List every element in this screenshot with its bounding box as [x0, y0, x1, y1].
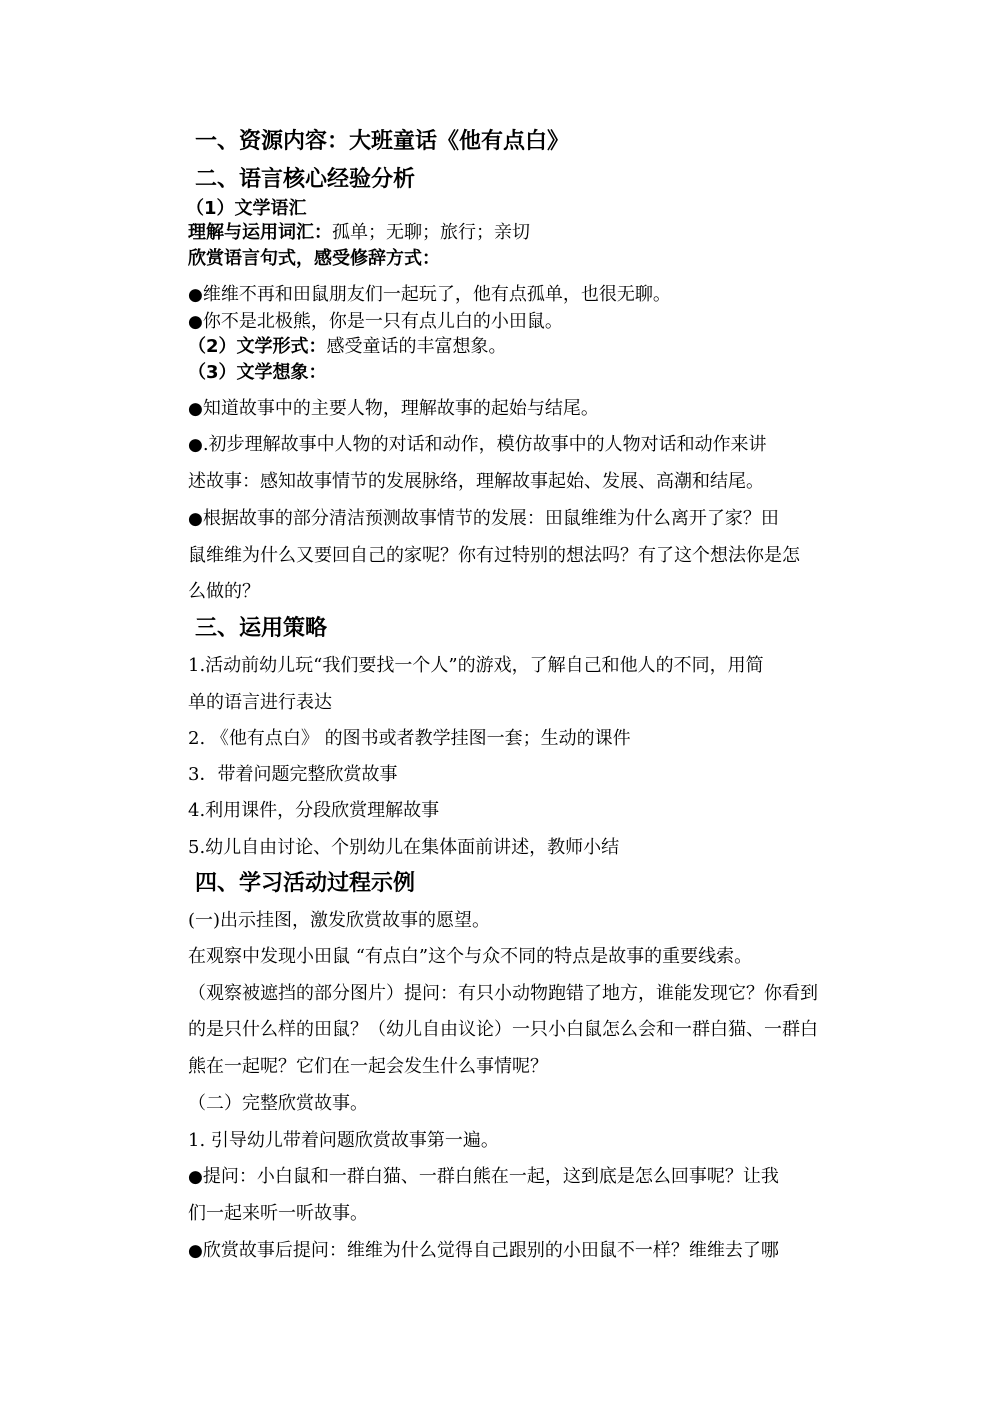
bullet-icon: ●	[188, 1167, 203, 1187]
bullet-icon: ●	[188, 435, 203, 455]
strategy-item: 4.利用课件，分段欣赏理解故事	[188, 802, 439, 820]
imagination-bullet: ●.初步理解故事中人物的对话和动作，模仿故事中的人物对话和动作来讲	[188, 436, 767, 454]
activity-part1-label: (一)出示挂图，激发欣赏故事的愿望。	[188, 912, 490, 930]
strategy-item: 1.活动前幼儿玩“我们要找一个人”的游戏，了解自己和他人的不同，用简	[188, 657, 764, 675]
strategy-item: 5.幼儿自由讨论、个别幼儿在集体面前讲述，教师小结	[188, 839, 619, 857]
subsection-literary-form: （2）文学形式：感受童话的丰富想象。	[188, 338, 507, 356]
activity-bullet: ●欣赏故事后提问：维维为什么觉得自己跟别的小田鼠不一样？维维去了哪	[188, 1242, 779, 1260]
activity-bullet: ●提问：小白鼠和一群白猫、一群白熊在一起，这到底是怎么回事呢？让我	[188, 1168, 779, 1186]
bullet-icon: ●	[188, 509, 203, 529]
vocab-line: 理解与运用词汇：孤单；无聊；旅行；亲切	[188, 224, 530, 242]
section1-heading: 一、资源内容：大班童话《他有点白》	[195, 131, 569, 153]
bullet-icon: ●	[188, 1241, 203, 1261]
subsection-literary-imagination: （3）文学想象：	[188, 364, 327, 382]
vocab-bullet: ●你不是北极熊，你是一只有点儿白的小田鼠。	[188, 313, 563, 331]
strategy-item: 2. 《他有点白》 的图书或者教学挂图一套；生动的课件	[188, 730, 631, 748]
activity-step: 1. 引导幼儿带着问题欣赏故事第一遍。	[188, 1132, 499, 1150]
vocab-bullet: ●维维不再和田鼠朋友们一起玩了，他有点孤单，也很无聊。	[188, 286, 671, 304]
continuation-text: 们一起来听一听故事。	[188, 1205, 368, 1223]
imagination-bullet: ●根据故事的部分清洁预测故事情节的发展：田鼠维维为什么离开了家？田	[188, 510, 779, 528]
section3-heading: 三、运用策略	[195, 618, 327, 640]
activity-part2-label: （二）完整欣赏故事。	[188, 1095, 368, 1113]
activity-text: （观察被遮挡的部分图片）提问：有只小动物跑错了地方，谁能发现它？你看到	[188, 985, 818, 1003]
activity-text: 在观察中发现小田鼠 “有点白”这个与众不同的特点是故事的重要线索。	[188, 948, 752, 966]
continuation-text: 鼠维维为什么又要回自己的家呢？你有过特别的想法吗？有了这个想法你是怎	[188, 547, 800, 565]
activity-text: 的是只什么样的田鼠？（幼儿自由议论）一只小白鼠怎么会和一群白猫、一群白	[188, 1021, 818, 1039]
subsection-literary-vocab: （1）文学语汇	[186, 200, 307, 218]
continuation-text: 述故事：感知故事情节的发展脉络，理解故事起始、发展、高潮和结尾。	[188, 473, 764, 491]
strategy-item: 3．带着问题完整欣赏故事	[188, 766, 397, 784]
activity-text: 熊在一起呢？它们在一起会发生什么事情呢？	[188, 1058, 548, 1076]
section2-heading: 二、语言核心经验分析	[195, 169, 415, 191]
bullet-icon: ●	[188, 285, 203, 305]
continuation-text: 么做的？	[188, 583, 260, 601]
vocab-label: 理解与运用词汇：	[188, 222, 332, 243]
bullet-icon: ●	[188, 399, 203, 419]
vocab-words: 孤单；无聊；旅行；亲切	[332, 222, 530, 243]
sentence-label: 欣赏语言句式，感受修辞方式：	[188, 250, 440, 268]
bullet-icon: ●	[188, 312, 203, 332]
imagination-bullet: ●知道故事中的主要人物，理解故事的起始与结尾。	[188, 400, 599, 418]
section4-heading: 四、学习活动过程示例	[195, 873, 415, 895]
strategy-item-continuation: 单的语言进行表达	[188, 694, 332, 712]
